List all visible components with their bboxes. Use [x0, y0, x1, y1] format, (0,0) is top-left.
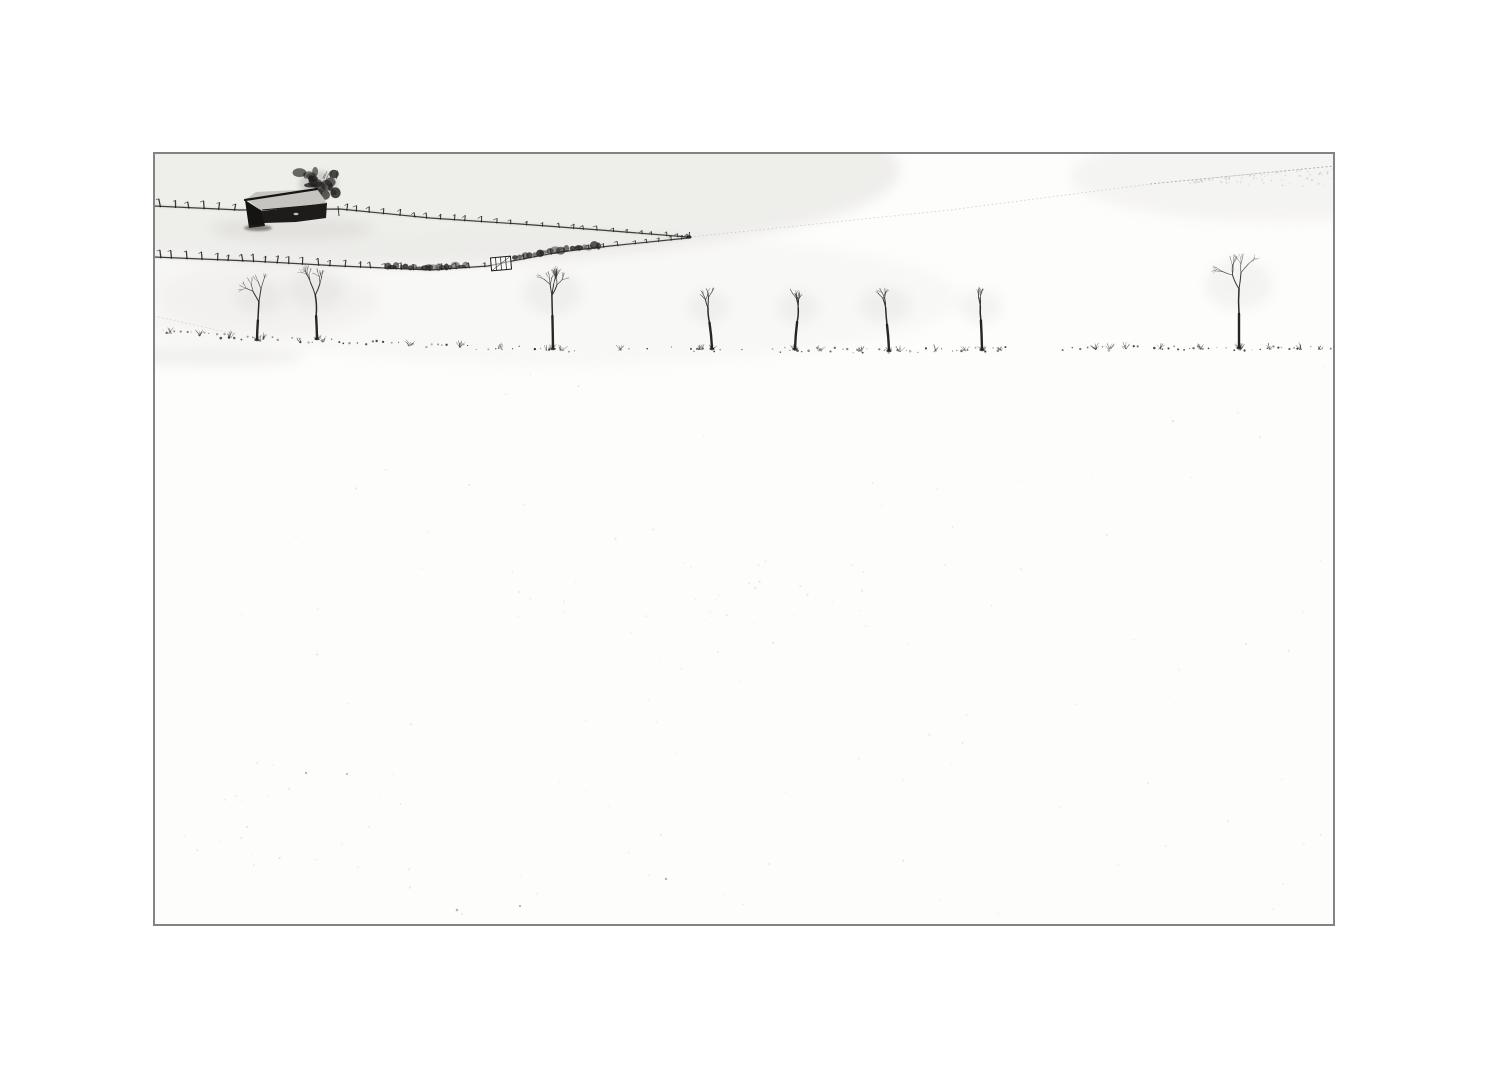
framed-photograph	[0, 0, 1489, 1080]
winter-landscape-photo	[0, 0, 1489, 1080]
photo-content	[0, 75, 1489, 925]
field-gate	[490, 256, 511, 271]
